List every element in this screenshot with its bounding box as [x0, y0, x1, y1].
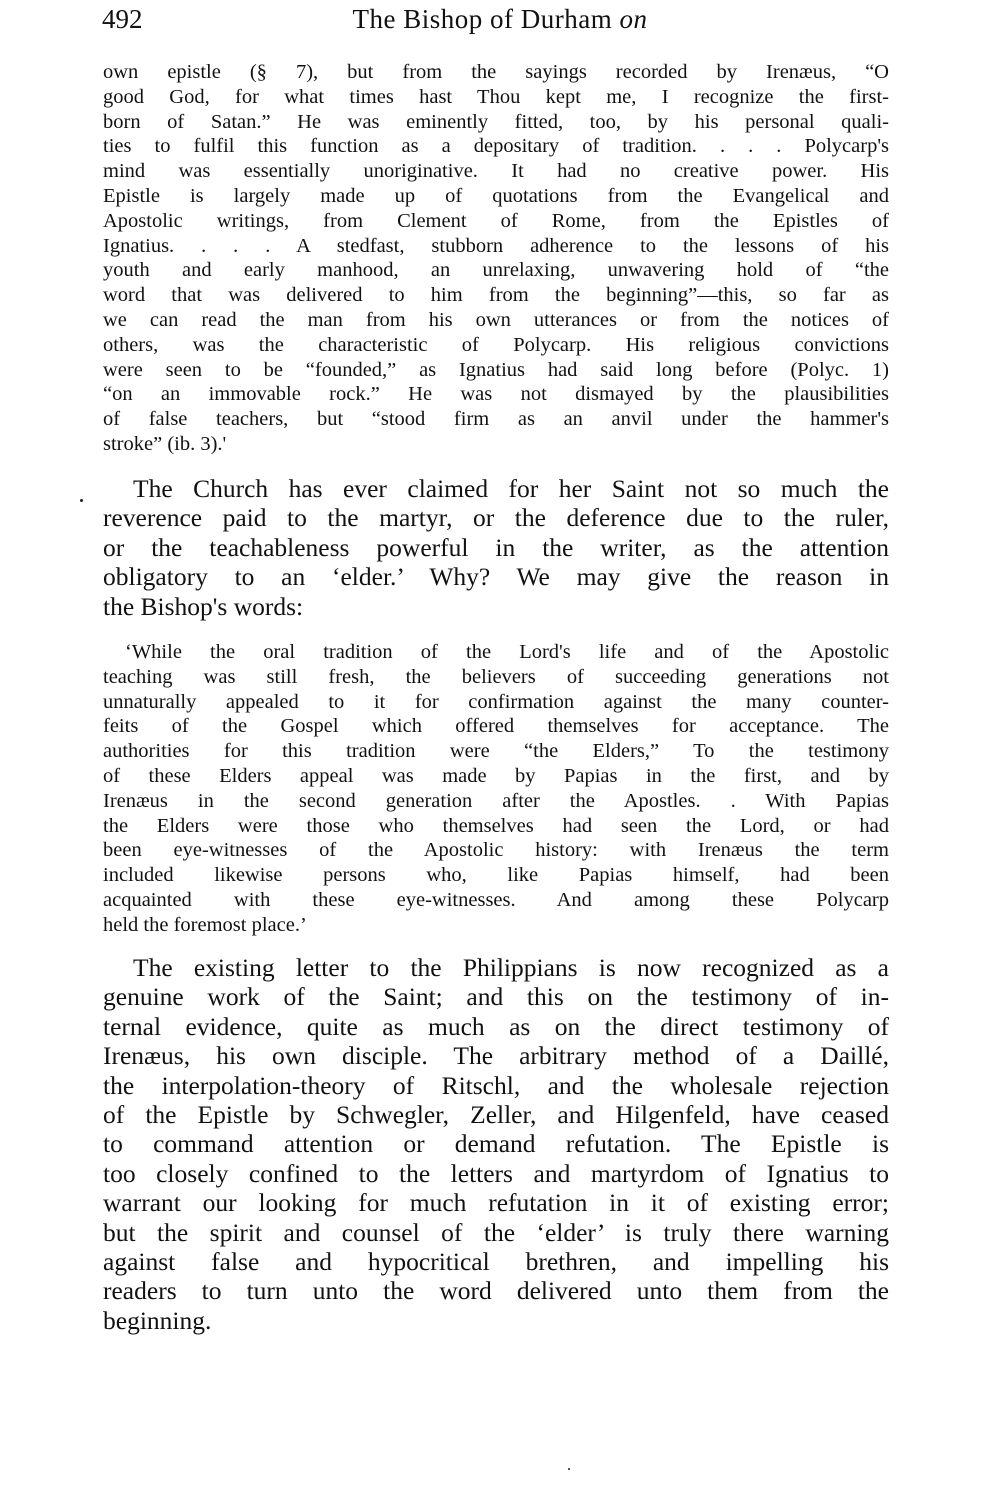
text-line: authorities for this tradition were “the…	[103, 739, 889, 764]
running-title-italic: on	[619, 4, 647, 34]
margin-mark	[80, 499, 83, 502]
text-line: “on an immovable rock.” He was not disma…	[103, 382, 889, 407]
text-line: to command attention or demand refutatio…	[103, 1129, 889, 1158]
text-line: feits of the Gospel which offered themse…	[103, 714, 889, 739]
text-line: others, was the characteristic of Polyca…	[103, 333, 889, 358]
text-line: been eye-witnesses of the Apostolic hist…	[103, 838, 889, 863]
text-line: Apostolic writings, from Clement of Rome…	[103, 209, 889, 234]
text-line: were seen to be “founded,” as Ignatius h…	[103, 358, 889, 383]
text-line: the interpolation-theory of Ritschl, and…	[103, 1071, 889, 1100]
text-line: reverence paid to the martyr, or the def…	[103, 503, 889, 532]
page-header: 492 The Bishop of Durham on	[102, 4, 898, 44]
text-line: acquainted with these eye-witnesses. And…	[103, 888, 889, 913]
text-line: own epistle (§ 7), but from the sayings …	[103, 60, 889, 85]
running-title-text: The Bishop of Durham	[353, 4, 613, 34]
text-line: but the spirit and counsel of the ‘elder…	[103, 1218, 889, 1247]
text-line: Epistle is largely made up of quotations…	[103, 184, 889, 209]
text-line: obligatory to an ‘elder.’ Why? We may gi…	[103, 562, 889, 591]
text-line: ternal evidence, quite as much as on the…	[103, 1012, 889, 1041]
scan-speck	[568, 1468, 570, 1470]
quotation-block-1: own epistle (§ 7), but from the sayings …	[103, 60, 889, 457]
text-line: too closely confined to the letters and …	[103, 1159, 889, 1188]
text-line: ties to fulfil this function as a deposi…	[103, 134, 889, 159]
text-line: beginning.	[103, 1306, 889, 1335]
text-line: born of Satan.” He was eminently fitted,…	[103, 110, 889, 135]
text-line: teaching was still fresh, the believers …	[103, 665, 889, 690]
text-line: unnaturally appealed to it for confirmat…	[103, 690, 889, 715]
text-line: Irenæus in the second generation after t…	[103, 789, 889, 814]
text-line: against false and hypocritical brethren,…	[103, 1247, 889, 1276]
text-line: of the Epistle by Schwegler, Zeller, and…	[103, 1100, 889, 1129]
text-line: included likewise persons who, like Papi…	[103, 863, 889, 888]
text-line: held the foremost place.’	[103, 913, 889, 938]
text-line: The existing letter to the Philippians i…	[103, 953, 889, 982]
text-line: mind was essentially unoriginative. It h…	[103, 159, 889, 184]
body-paragraph-2: The existing letter to the Philippians i…	[103, 953, 889, 1335]
text-line: good God, for what times hast Thou kept …	[103, 85, 889, 110]
text-line: or the teachableness powerful in the wri…	[103, 533, 889, 562]
text-line: ‘While the oral tradition of the Lord's …	[103, 640, 889, 665]
text-line: readers to turn unto the word delivered …	[103, 1276, 889, 1305]
text-line: the Elders were those who themselves had…	[103, 814, 889, 839]
text-line: Ignatius. . . . A stedfast, stubborn adh…	[103, 234, 889, 259]
text-line: warrant our looking for much refutation …	[103, 1188, 889, 1217]
body-paragraph-1: The Church has ever claimed for her Sain…	[103, 474, 889, 621]
text-line: word that was delivered to him from the …	[103, 283, 889, 308]
text-line: Irenæus, his own disciple. The arbitrary…	[103, 1041, 889, 1070]
text-line: of false teachers, but “stood firm as an…	[103, 407, 889, 432]
text-line: stroke” (ib. 3).'	[103, 432, 889, 457]
text-line: of these Elders appeal was made by Papia…	[103, 764, 889, 789]
text-line: genuine work of the Saint; and this on t…	[103, 982, 889, 1011]
text-line: the Bishop's words:	[103, 592, 889, 621]
quotation-block-2: ‘While the oral tradition of the Lord's …	[103, 640, 889, 938]
text-line: The Church has ever claimed for her Sain…	[103, 474, 889, 503]
running-title: The Bishop of Durham on	[102, 4, 898, 35]
text-line: we can read the man from his own utteran…	[103, 308, 889, 333]
text-line: youth and early manhood, an unrelaxing, …	[103, 258, 889, 283]
